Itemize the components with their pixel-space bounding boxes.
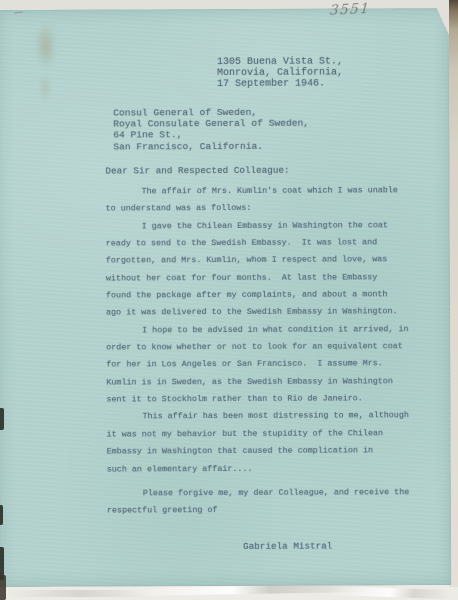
letter-scan: 1305 Buena Vista St., Monrovia, Californ… — [0, 0, 458, 600]
return-address-line: 1305 Buena Vista St., — [217, 56, 343, 68]
recipient-line: San Francisco, California. — [113, 140, 309, 152]
body-line: such an elementary affair.... — [107, 460, 437, 479]
recipient-block: Consul General of Sweden, Royal Consulat… — [113, 107, 309, 153]
body-line: Kumlin is in Sweden, as the Swedish Emba… — [106, 373, 436, 392]
body-line: This affair has been most distressing to… — [106, 408, 436, 427]
body-line: found the package after my complaints, a… — [106, 286, 436, 305]
salutation: Dear Sir and Respected Colleague: — [105, 165, 289, 178]
body-line: Please forgive me, my dear Colleague, an… — [107, 484, 437, 503]
body-line: for her in Los Angeles or San Francisco.… — [106, 356, 436, 375]
body-line: order to know whether or not to look for… — [106, 338, 436, 357]
return-address-line: Monrovia, California, — [217, 67, 343, 79]
paper-crease — [10, 590, 150, 597]
signature-text: Gabriela Mistral — [243, 541, 332, 552]
paper-stain — [36, 68, 54, 108]
body-line: forgotten, and Mrs. Kumlin, whom I respe… — [106, 251, 436, 270]
letter-paper: 1305 Buena Vista St., Monrovia, Californ… — [0, 8, 451, 587]
letter-date: 17 September 1946. — [217, 78, 343, 90]
letter-body: The affair of Mrs. Kumlin's coat which I… — [106, 182, 437, 520]
binding-notch — [0, 575, 6, 600]
body-line: ready to send to the Swedish Embassy. It… — [106, 234, 436, 253]
return-address-block: 1305 Buena Vista St., Monrovia, Californ… — [217, 56, 343, 90]
body-line: it was not my behavior but the stupidity… — [107, 425, 437, 444]
paper-crease — [330, 586, 450, 599]
body-line: Embassy in Washington that caused the co… — [107, 442, 437, 461]
signature: Gabriela Mistral — [243, 541, 332, 552]
body-line: I hope to be advised in what condition i… — [106, 321, 436, 340]
recipient-line: 64 Pine St., — [113, 129, 309, 141]
body-line: ago it was delivered to the Swedish Emba… — [106, 303, 436, 322]
binding-notch — [0, 408, 4, 430]
body-line: without her coat for four months. At las… — [106, 269, 436, 288]
binding-notch — [0, 505, 3, 525]
body-line: to understand was as follows: — [106, 199, 436, 218]
body-line: respectful greeting of — [107, 501, 437, 520]
body-line: sent it to Stockholm rather than to Rio … — [106, 390, 436, 409]
salutation-text: Dear Sir and Respected Colleague: — [105, 165, 289, 178]
body-line: The affair of Mrs. Kumlin's coat which I… — [106, 182, 436, 201]
body-line: I gave the Chilean Embassy in Washington… — [106, 217, 436, 236]
recipient-line: Royal Consulate General of Sweden, — [113, 118, 309, 130]
archive-number-annotation: 3551 — [329, 1, 371, 19]
